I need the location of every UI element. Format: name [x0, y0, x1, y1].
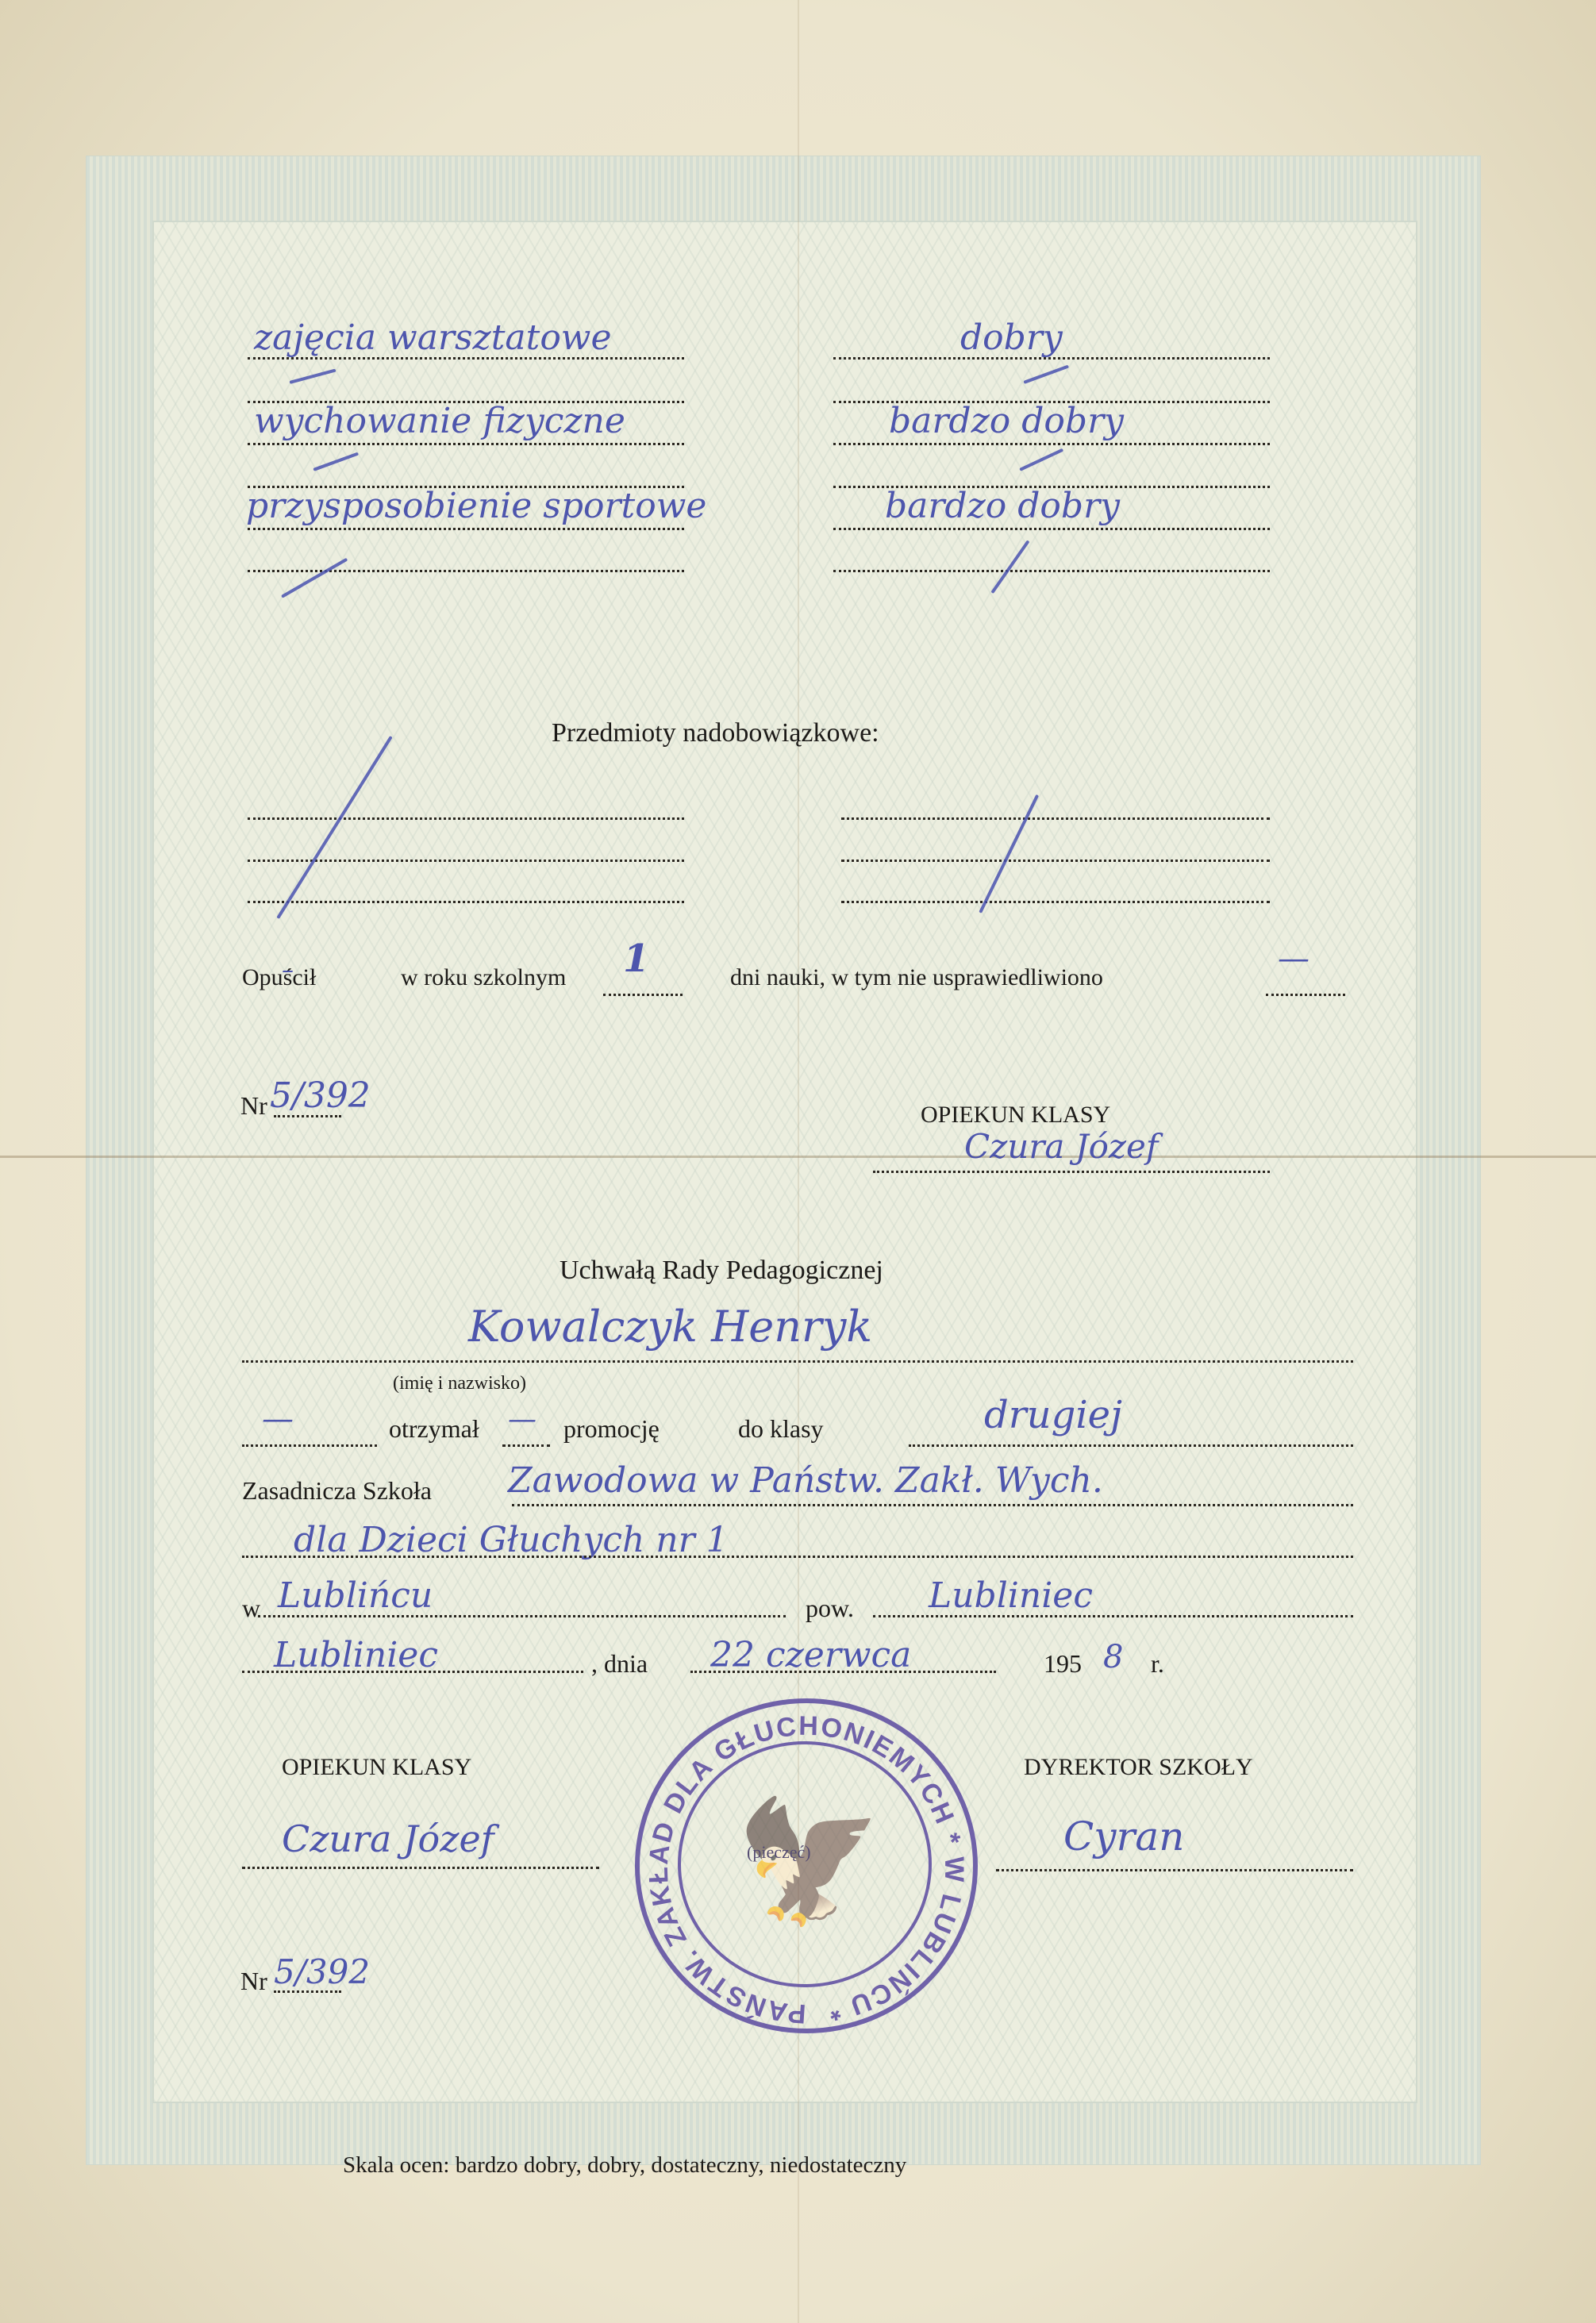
unexcused-line: [1266, 994, 1345, 996]
town-value: Lublińcu: [278, 1575, 433, 1616]
absence-label-days: dni nauki, w tym nie usprawiedliwiono: [730, 964, 1103, 991]
director-signature-line: [996, 1869, 1353, 1871]
absence-label-prefix: Opuścił: [242, 964, 316, 991]
received-line: [502, 1444, 550, 1447]
subject-grade: bardzo dobry: [885, 486, 1120, 526]
subject-grade: bardzo dobry: [889, 401, 1124, 441]
subject-line: [248, 528, 684, 530]
blank-dash: [1023, 365, 1069, 384]
director-label: DYREKTOR SZKOŁY: [1024, 1754, 1253, 1781]
nr-label-2: Nr: [240, 1967, 267, 1996]
optional-line: [841, 860, 1270, 862]
school-stamp: PAŃSTW. ZAKŁAD DLA GŁUCHONIEMYCH * W LUB…: [635, 1698, 978, 2033]
nr-value-2: 5/392: [274, 1952, 370, 1991]
resolution-heading: Uchwałą Rady Pedagogicznej: [560, 1256, 883, 1286]
certificate-content: zajęcia warsztatowe dobry wychowanie fiz…: [0, 0, 1596, 2323]
nr-label: Nr: [240, 1091, 267, 1121]
optional-line: [248, 817, 684, 820]
absence-unexcused-value: —: [1278, 940, 1309, 977]
subject-name: wychowanie fizyczne: [254, 401, 625, 441]
blank-dash: [289, 369, 336, 384]
grade-scale-footer: Skala ocen: bardzo dobry, dobry, dostate…: [343, 2152, 906, 2179]
class-tutor-signature: Czura Józef: [964, 1127, 1158, 1166]
pre-line: [242, 1444, 377, 1447]
subject-grade: dobry: [960, 317, 1063, 358]
signature-line: [873, 1171, 1270, 1173]
grade-line: [833, 570, 1270, 572]
student-name-line: [242, 1360, 1353, 1363]
blank-dash: [313, 452, 359, 471]
blank-strike: [979, 794, 1039, 913]
class-label: do klasy: [738, 1414, 824, 1444]
grade-line: [833, 443, 1270, 445]
blank-strike: [276, 736, 392, 919]
date-value: 22 czerwca: [710, 1635, 911, 1675]
blank-dash: [990, 540, 1029, 594]
date-label: , dnia: [591, 1649, 648, 1679]
year-prefix: 195: [1044, 1649, 1082, 1679]
county-value: Lubliniec: [929, 1575, 1093, 1616]
optional-line: [248, 901, 684, 903]
class-value: drugiej: [984, 1393, 1122, 1437]
absence-label-mid: w roku szkolnym: [401, 964, 566, 991]
school-value-line2: dla Dzieci Głuchych nr 1: [294, 1520, 729, 1560]
stamp-caption: (pieczęć): [747, 1842, 811, 1863]
year-digit: 8: [1103, 1639, 1123, 1675]
optional-line: [841, 817, 1270, 820]
school-value-line1: Zawodowa w Państw. Zakł. Wych.: [508, 1460, 1103, 1501]
school-line: [512, 1504, 1353, 1506]
promotion-label: promocję: [563, 1414, 660, 1444]
pre-value: —: [262, 1401, 294, 1437]
grade-line: [833, 357, 1270, 360]
place-value: Lubliniec: [274, 1635, 438, 1675]
blank-dash: [1019, 448, 1063, 471]
year-suffix: r.: [1151, 1649, 1164, 1679]
class-tutor-signature-2: Czura Józef: [282, 1817, 494, 1860]
town-label: w: [242, 1594, 260, 1623]
subject-line: [248, 357, 684, 360]
left-signature-line: [242, 1867, 599, 1869]
school-line-2: [242, 1556, 1353, 1558]
days-line: [603, 994, 683, 996]
absence-days-value: 1: [623, 937, 649, 981]
class-tutor-label: OPIEKUN KLASY: [921, 1102, 1110, 1129]
student-name: Kowalczyk Henryk: [468, 1302, 872, 1352]
grade-line: [833, 528, 1270, 530]
school-label: Zasadnicza Szkoła: [242, 1476, 432, 1506]
subject-name: zajęcia warsztatowe: [254, 317, 612, 358]
received-label: otrzymał: [389, 1414, 479, 1444]
class-tutor-label-2: OPIEKUN KLASY: [282, 1754, 471, 1781]
nr-value: 5/392: [270, 1075, 371, 1116]
student-name-caption: (imię i nazwisko): [393, 1373, 526, 1394]
optional-subjects-heading: Przedmioty nadobowiązkowe:: [552, 718, 879, 748]
blank-dash: [281, 558, 348, 598]
subject-line: [248, 570, 684, 572]
absence-prefix-value: –: [282, 956, 294, 984]
subject-name: przysposobienie sportowe: [246, 486, 706, 526]
county-label: pow.: [806, 1594, 854, 1623]
optional-line: [841, 901, 1270, 903]
received-value: —: [508, 1403, 536, 1436]
subject-line: [248, 443, 684, 445]
class-line: [909, 1444, 1353, 1447]
director-signature: Cyran: [1063, 1813, 1184, 1860]
